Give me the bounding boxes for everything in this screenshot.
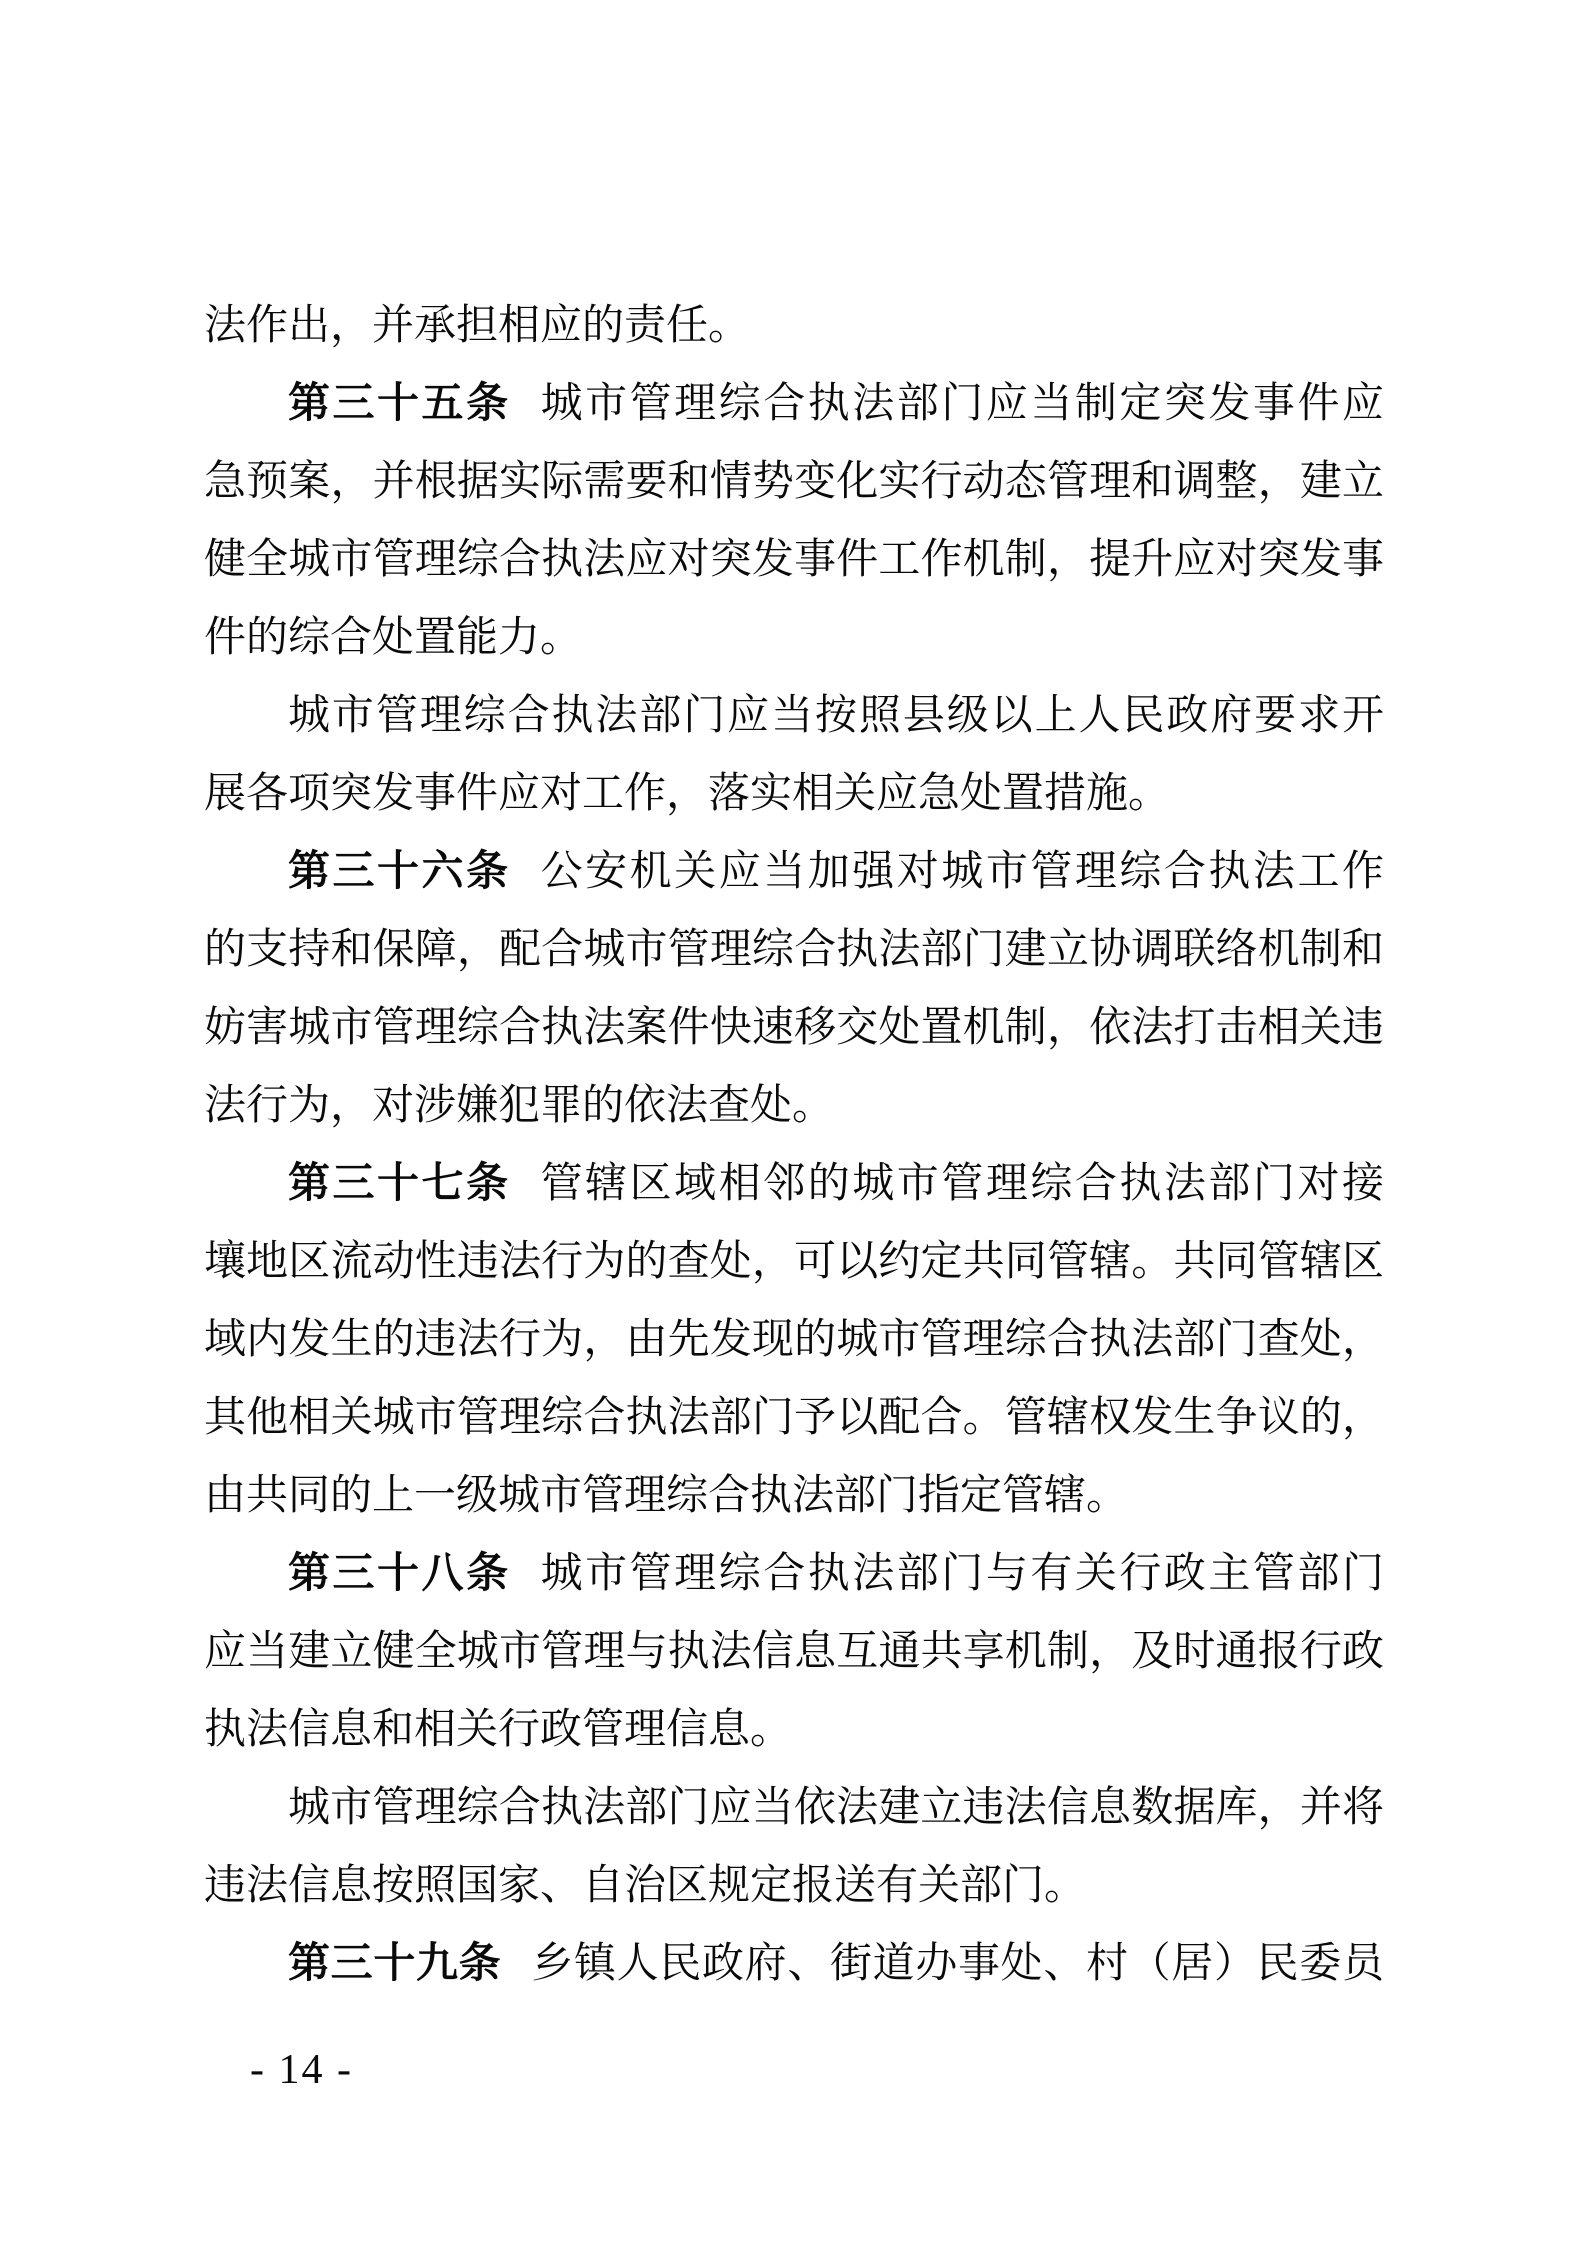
text-line: 第三十七条管辖区域相邻的城市管理综合执法部门对接	[204, 1145, 1384, 1223]
text-line: 执法信息和相关行政管理信息。	[204, 1691, 1384, 1769]
article-number-label: 第三十九条	[288, 1941, 501, 1987]
line-text: 城市管理综合执法部门应当按照县级以上人民政府要求开	[288, 693, 1384, 739]
line-text: 由共同的上一级城市管理综合执法部门指定管辖。	[204, 1473, 1128, 1519]
text-line: 法行为，对涉嫌犯罪的依法查处。	[204, 1067, 1384, 1145]
document-page: 法作出，并承担相应的责任。 第三十五条城市管理综合执法部门应当制定突发事件应 急…	[0, 0, 1587, 2245]
text-line: 急预案，并根据实际需要和情势变化实行动态管理和调整，建立	[204, 443, 1384, 521]
article-number-label: 第三十六条	[288, 849, 511, 895]
text-line: 城市管理综合执法部门应当依法建立违法信息数据库，并将	[204, 1769, 1384, 1847]
line-text: 的支持和保障，配合城市管理综合执法部门建立协调联络机制和	[204, 927, 1384, 973]
line-text: 法行为，对涉嫌犯罪的依法查处。	[204, 1083, 834, 1129]
text-line: 展各项突发事件应对工作，落实相关应急处置措施。	[204, 755, 1384, 833]
text-line: 违法信息按照国家、自治区规定报送有关部门。	[204, 1847, 1384, 1925]
line-text: 健全城市管理综合执法应对突发事件工作机制，提升应对突发事	[204, 537, 1384, 583]
text-line: 第三十六条公安机关应当加强对城市管理综合执法工作	[204, 833, 1384, 911]
line-text: 妨害城市管理综合执法案件快速移交处置机制，依法打击相关违	[204, 1005, 1384, 1051]
text-line: 城市管理综合执法部门应当按照县级以上人民政府要求开	[204, 677, 1384, 755]
text-line: 第三十八条城市管理综合执法部门与有关行政主管部门	[204, 1535, 1384, 1613]
line-text: 城市管理综合执法部门应当制定突发事件应	[541, 381, 1384, 427]
text-line: 壤地区流动性违法行为的查处，可以约定共同管辖。共同管辖区	[204, 1223, 1384, 1301]
line-text: 急预案，并根据实际需要和情势变化实行动态管理和调整，建立	[204, 459, 1384, 505]
line-text: 展各项突发事件应对工作，落实相关应急处置措施。	[204, 771, 1170, 817]
text-line: 其他相关城市管理综合执法部门予以配合。管辖权发生争议的，	[204, 1379, 1384, 1457]
line-text: 其他相关城市管理综合执法部门予以配合。管辖权发生争议的，	[204, 1395, 1384, 1441]
article-number-label: 第三十七条	[288, 1161, 511, 1207]
line-text: 法作出，并承担相应的责任。	[204, 303, 750, 349]
document-body: 法作出，并承担相应的责任。 第三十五条城市管理综合执法部门应当制定突发事件应 急…	[204, 287, 1384, 2003]
text-line: 法作出，并承担相应的责任。	[204, 287, 1384, 365]
line-text: 乡镇人民政府、街道办事处、村（居）民委员	[531, 1941, 1384, 1987]
text-line: 的支持和保障，配合城市管理综合执法部门建立协调联络机制和	[204, 911, 1384, 989]
text-line: 由共同的上一级城市管理综合执法部门指定管辖。	[204, 1457, 1384, 1535]
text-line: 第三十九条乡镇人民政府、街道办事处、村（居）民委员	[204, 1925, 1384, 2003]
line-text: 域内发生的违法行为，由先发现的城市管理综合执法部门查处，	[204, 1317, 1384, 1363]
line-text: 公安机关应当加强对城市管理综合执法工作	[541, 849, 1384, 895]
text-line: 健全城市管理综合执法应对突发事件工作机制，提升应对突发事	[204, 521, 1384, 599]
line-text: 城市管理综合执法部门应当依法建立违法信息数据库，并将	[288, 1785, 1384, 1831]
article-number-label: 第三十八条	[288, 1551, 511, 1597]
text-line: 件的综合处置能力。	[204, 599, 1384, 677]
article-number-label: 第三十五条	[288, 381, 511, 427]
text-line: 域内发生的违法行为，由先发现的城市管理综合执法部门查处，	[204, 1301, 1384, 1379]
text-line: 第三十五条城市管理综合执法部门应当制定突发事件应	[204, 365, 1384, 443]
line-text: 壤地区流动性违法行为的查处，可以约定共同管辖。共同管辖区	[204, 1239, 1384, 1285]
line-text: 管辖区域相邻的城市管理综合执法部门对接	[541, 1161, 1384, 1207]
line-text: 应当建立健全城市管理与执法信息互通共享机制，及时通报行政	[204, 1629, 1384, 1675]
line-text: 违法信息按照国家、自治区规定报送有关部门。	[204, 1863, 1086, 1909]
text-line: 妨害城市管理综合执法案件快速移交处置机制，依法打击相关违	[204, 989, 1384, 1067]
text-line: 应当建立健全城市管理与执法信息互通共享机制，及时通报行政	[204, 1613, 1384, 1691]
line-text: 城市管理综合执法部门与有关行政主管部门	[541, 1551, 1384, 1597]
line-text: 执法信息和相关行政管理信息。	[204, 1707, 792, 1753]
line-text: 件的综合处置能力。	[204, 615, 582, 661]
page-number: - 14 -	[250, 2044, 353, 2096]
